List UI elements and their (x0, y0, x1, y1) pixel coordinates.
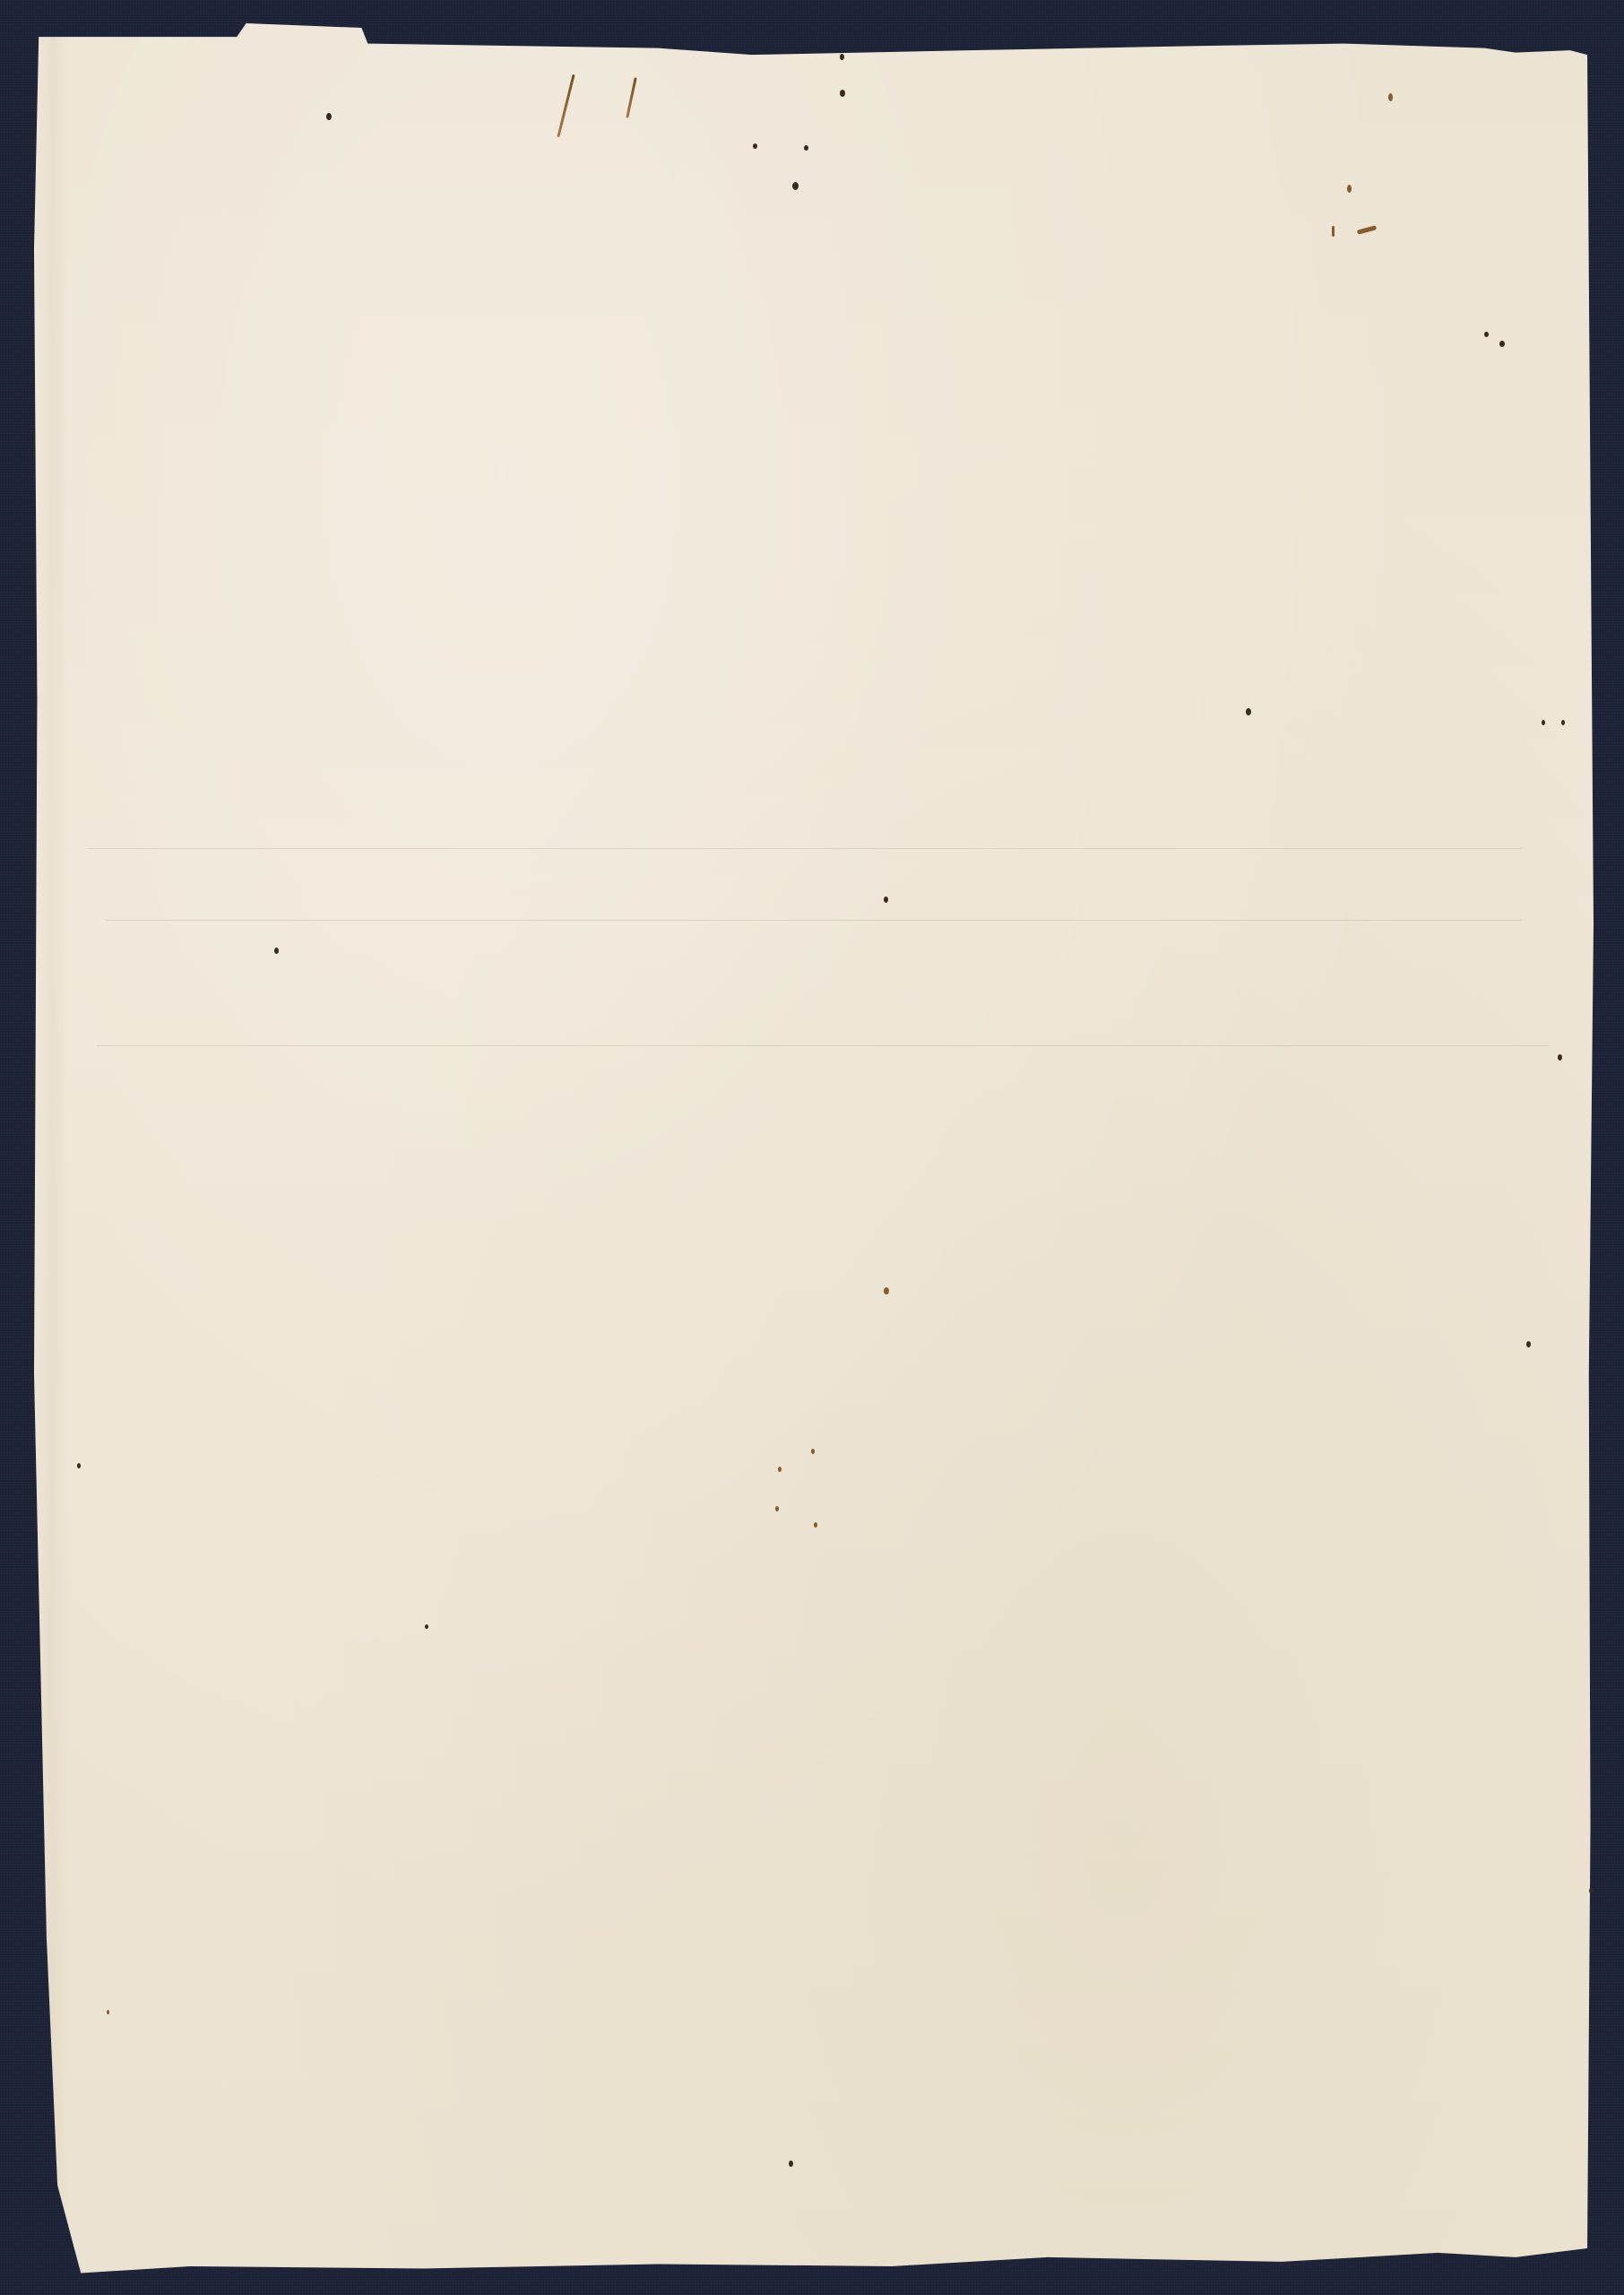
foxing-spot (1558, 1054, 1562, 1061)
foxing-spot (1542, 720, 1545, 725)
foxing-spot (1561, 720, 1565, 725)
foxing-spot (1526, 1341, 1531, 1347)
paper-sheet (34, 23, 1594, 2275)
bleed-through-line (97, 1045, 1549, 1046)
foxing-spot (1246, 708, 1251, 715)
foxing-spot (1347, 185, 1352, 193)
foxing-spot (1388, 93, 1393, 101)
foxing-spot (840, 54, 844, 60)
foxing-spot (884, 1287, 889, 1295)
foxing-spot (1484, 332, 1489, 337)
bleed-through-line (88, 848, 1522, 849)
foxing-spot (326, 113, 332, 120)
stain-mark (1332, 226, 1335, 237)
foxing-spot (77, 1463, 81, 1468)
foxing-spot (1589, 1888, 1593, 1893)
foxing-spot (775, 1506, 779, 1511)
foxing-spot (804, 145, 808, 151)
foxing-spot (425, 1624, 428, 1629)
foxing-spot (789, 2161, 793, 2167)
bleed-through-line (106, 920, 1522, 921)
foxing-spot (778, 1467, 782, 1472)
foxing-spot (884, 896, 888, 903)
foxing-spot (107, 2010, 109, 2014)
foxing-spot (753, 143, 757, 149)
foxing-spot (814, 1522, 817, 1528)
foxing-spot (792, 182, 799, 190)
foxing-spot (274, 948, 279, 954)
foxing-spot (811, 1449, 815, 1454)
foxing-spot (840, 90, 845, 97)
foxing-spot (1499, 341, 1505, 347)
